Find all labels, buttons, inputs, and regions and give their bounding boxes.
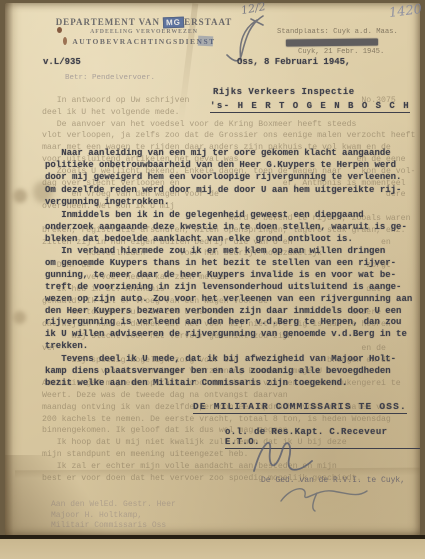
redacted-text-bar — [286, 39, 378, 47]
punch-hole-shadow — [13, 311, 26, 324]
handwritten-mark-number: 1420 — [388, 2, 423, 21]
standplaats-line: Standplaats: Cuyk a.d. Maas. — [277, 28, 398, 36]
signoff-title: DE MILITAIR COMMISSARIS TE OSS. — [193, 401, 407, 414]
addressee-org: Rijks Verkeers Inspectie — [213, 87, 355, 97]
body-paragraph-4: Tevens deel ik U mede, dat ik bij afwezi… — [45, 354, 420, 390]
faint-mg-stamp — [198, 36, 214, 47]
department-title-prefix: DEPARTEMENT VAN — [56, 17, 164, 27]
signature-rvi — [277, 483, 373, 513]
city-date-line: Oss, 8 Februari 1945, — [237, 57, 350, 67]
subject-line: Betr: Pendelvervoer. — [65, 74, 155, 82]
photo-of-letter: In antwoord op Uw schrijven No.3075 deel… — [0, 0, 425, 559]
underlying-sheet-edge — [0, 535, 425, 559]
body-paragraph-1: Naar aanleiding van een mij ter oore gek… — [45, 147, 420, 208]
body-paragraph-3: In verband hiermede zou ik er met klem o… — [45, 246, 420, 353]
punch-hole-shadow — [13, 189, 27, 203]
signature-receveur — [248, 431, 320, 477]
reference-number: v.L/935 — [43, 57, 81, 67]
paper-crease — [5, 3, 19, 535]
faint-address: Aan den WelEd. Gestr. Heer Majoor H. Hol… — [51, 500, 176, 532]
mg-stamp: MG — [163, 17, 184, 29]
letter-page: In antwoord op Uw schrijven No.3075 deel… — [5, 3, 420, 535]
addressee-city: 's- H E R T O G E N B O S C H — [210, 101, 410, 113]
body-paragraph-2: Inmiddels ben ik in de gelegenheid gewee… — [45, 209, 420, 246]
cuyk-date-line: Cuyk, 21 Febr. 1945. — [298, 48, 384, 56]
